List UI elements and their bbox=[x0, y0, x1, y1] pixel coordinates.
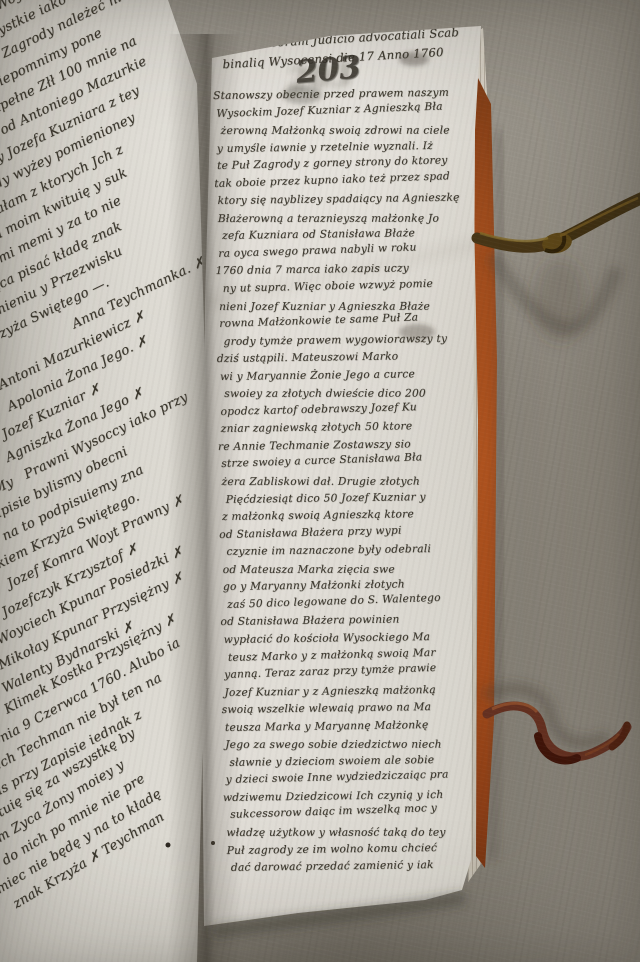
manuscript-line: ktory się nayblizey spadaiący na Agniesz… bbox=[217, 190, 471, 211]
page-number: 203 bbox=[295, 49, 363, 91]
manuscript-line: teusza Marka y Maryannę Małżonkę bbox=[225, 716, 479, 737]
manuscript-photograph: ma za siebie wyszeniego Woyciecha y Dzie… bbox=[0, 0, 640, 962]
manuscript-line: wi y Maryannie Żonie Jego a curce bbox=[220, 365, 474, 386]
right-page-text: Stanowszy obecnie przed prawem naszymWys… bbox=[216, 84, 481, 877]
manuscript-line: czyznie im naznaczone były odebrali bbox=[226, 541, 476, 562]
manuscript-line: dać darować przedać zamienić y iak bbox=[231, 856, 481, 877]
